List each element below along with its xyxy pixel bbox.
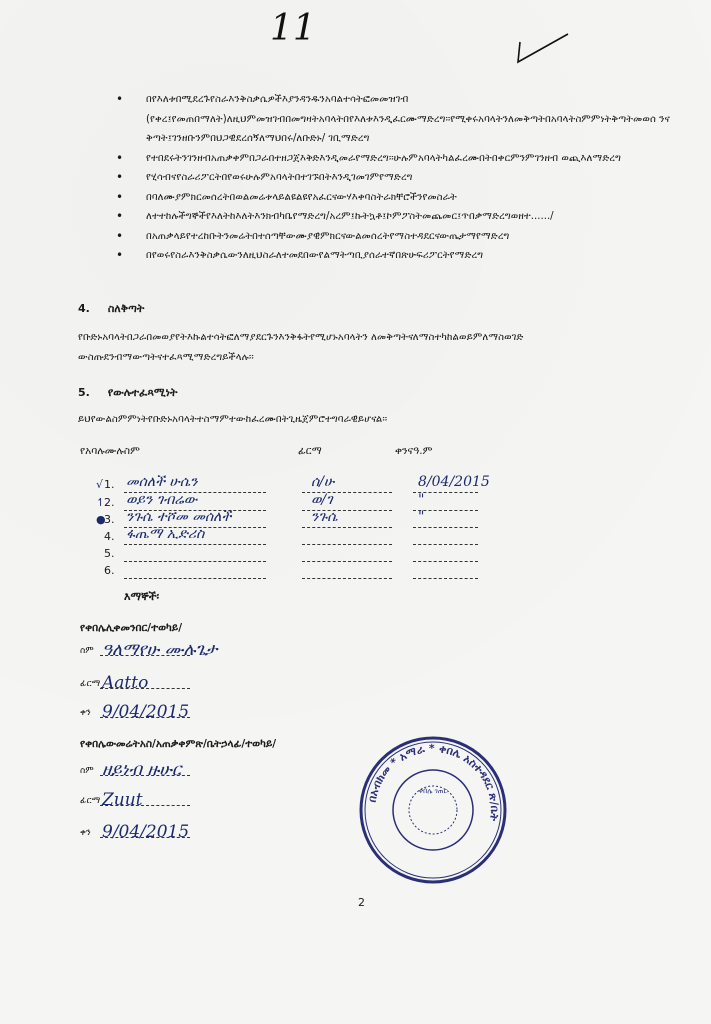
row-index: 2. — [104, 496, 115, 509]
bullet-list: በየእለቱበሚደረጉየስራእንቅስቃሴዎችእያንዳንዱንአባልተሳትፎመመዝገብ… — [118, 90, 678, 266]
member-signature: ወ/ገ — [311, 492, 333, 508]
field-label: ፊርማ — [80, 679, 100, 689]
land-admin-block-heading: የቀበሌውመሬትአስ/አጠቃቀምጽ/ቤትኃላፊ/ተወካይ/ — [80, 738, 276, 751]
handwritten-page-mark: 11 — [270, 8, 316, 49]
recipient-signature-field: ፊርማ Aatto — [80, 673, 280, 691]
recipient-date-field: ቀን 9/04/2015 — [80, 702, 280, 720]
bullet-item: ለተተከሉችግኞችየእለትከእለትእንክብካቤየማድረግ/አረም፤ኩትኳቶ፤ኮም… — [118, 207, 678, 227]
signature-line — [302, 547, 392, 562]
bullet-item: በአጠቃላይየተረከቡትንመሬትበተሰጣቸውሙያዊምክርናውልመሰረትየማስተዳ… — [118, 227, 678, 247]
member-name: መሰለች ሁሴን — [126, 474, 198, 490]
handwritten-name: ዘይነብ ዙሁር — [102, 760, 181, 780]
row-index: 1. — [104, 478, 115, 491]
handwritten-name: ዓለማየሁ ሙሉጌታ — [102, 640, 217, 660]
signature-line — [302, 530, 392, 545]
signing-date: 8/04/2015 — [418, 474, 490, 490]
row-index: 3. — [104, 513, 115, 526]
signing-date: " — [418, 492, 424, 508]
bullet-item: የሂሳብናየስራሪፖርትበየወሩሁሉምአባላትበተገኙበትእንዲገመገምየማድረ… — [118, 168, 678, 188]
section-4-heading: 4. ስለቅጣት — [78, 302, 144, 316]
section-5-text: ይህየውልስምምነትየቡድኑአባላትተስማምተውከፈረሙበትጊዜጀምሮተግባራዊ… — [78, 410, 658, 430]
official-stamp-icon: በአብክመ * አማራ * ቀበሌ አስተዳደር ጽ/ቤት ቀበሌ ገጠር — [358, 735, 508, 885]
name-line — [124, 564, 266, 579]
field-label: ፊርማ — [80, 796, 100, 806]
signing-date: " — [418, 509, 424, 525]
row-index: 6. — [104, 564, 115, 577]
field-label: ቀን — [80, 708, 91, 718]
field-label: ስም — [80, 766, 94, 776]
member-signature: ሰ/ሁ — [311, 474, 334, 490]
land-admin-name-field: ስም ዘይነብ ዙሁር — [80, 760, 330, 778]
section-title: የውሉተፈጻሚነት — [108, 386, 178, 399]
bullet-item: በየእለቱበሚደረጉየስራእንቅስቃሴዎችእያንዳንዱንአባልተሳትፎመመዝገብ… — [118, 90, 678, 149]
row-tick-mark: √ — [96, 478, 103, 491]
witnesses-title: እማኞች፡ — [124, 590, 159, 604]
field-label: ስም — [80, 646, 94, 656]
date-line — [413, 564, 478, 579]
check-mark-icon — [508, 28, 578, 68]
section-title: ስለቅጣት — [108, 302, 144, 315]
land-admin-signature-field: ፊርማ Zuut — [80, 790, 280, 808]
field-label: ቀን — [80, 828, 91, 838]
recipient-block-heading: የቀበሌሊቀመንበር/ተወካይ/ — [80, 622, 182, 635]
table-row: 5. — [96, 547, 476, 564]
member-name: ፋጤማ ኢድሪስ — [126, 526, 204, 542]
name-line — [124, 547, 266, 562]
section-4-text: የቡድኑአባላትበጋራበመወያየትእኩልተሳትፎለማያደርጉንእንቅፋትየሚሆኑ… — [78, 328, 658, 368]
date-line — [413, 547, 478, 562]
table-row: 4.ፋጤማ ኢድሪስ — [96, 530, 476, 547]
member-name: ንጉሴ ተሾመ መሰለች — [126, 509, 231, 525]
member-signature: ንጉሴ — [311, 509, 338, 525]
row-index: 5. — [104, 547, 115, 560]
column-header-signature: ፊርማ — [298, 445, 322, 458]
scanned-page: 11 በየእለቱበሚደረጉየስራእንቅስቃሴዎችእያንዳንዱንአባልተሳትፎመመ… — [0, 0, 711, 1024]
table-row: 6. — [96, 564, 476, 581]
member-name: ወይን ገብሬው — [126, 492, 197, 508]
column-header-name: የአባሉሙሉስም — [80, 445, 140, 458]
recipient-name-field: ስም ዓለማየሁ ሙሉጌታ — [80, 640, 330, 658]
svg-text:ቀበሌ ገጠር: ቀበሌ ገጠር — [418, 787, 447, 795]
bullet-item: የተበደሩትንገንዘብአጠቃቀምበጋራበተዘጋጀእቅድእንዲመራየማድረግ፡፡ሁ… — [118, 149, 678, 169]
bullet-item: በየወሩየስራእንቅስቃሴውንለዚህስራለተመደበውየልማትጣቢያሰራተኛበጽሁ… — [118, 246, 678, 266]
bullet-item: በባለሙያምክርመሰረትበወልመሬቱላይልዩልዩየአፈርናውሃእቀባስትራክቸሮ… — [118, 188, 678, 208]
column-header-date: ቀንናዓ.ም — [395, 445, 432, 458]
land-admin-date-field: ቀን 9/04/2015 — [80, 822, 280, 840]
signature-line — [302, 564, 392, 579]
handwritten-signature: Aatto — [102, 673, 148, 693]
row-index: 4. — [104, 530, 115, 543]
section-number: 5. — [78, 386, 104, 399]
handwritten-signature: Zuut — [102, 790, 143, 810]
section-5-heading: 5. የውሉተፈጻሚነት — [78, 386, 177, 400]
section-number: 4. — [78, 302, 104, 315]
page-number: 2 — [358, 896, 365, 909]
handwritten-date: 9/04/2015 — [102, 702, 189, 722]
date-line — [413, 530, 478, 545]
handwritten-date: 9/04/2015 — [102, 822, 189, 842]
